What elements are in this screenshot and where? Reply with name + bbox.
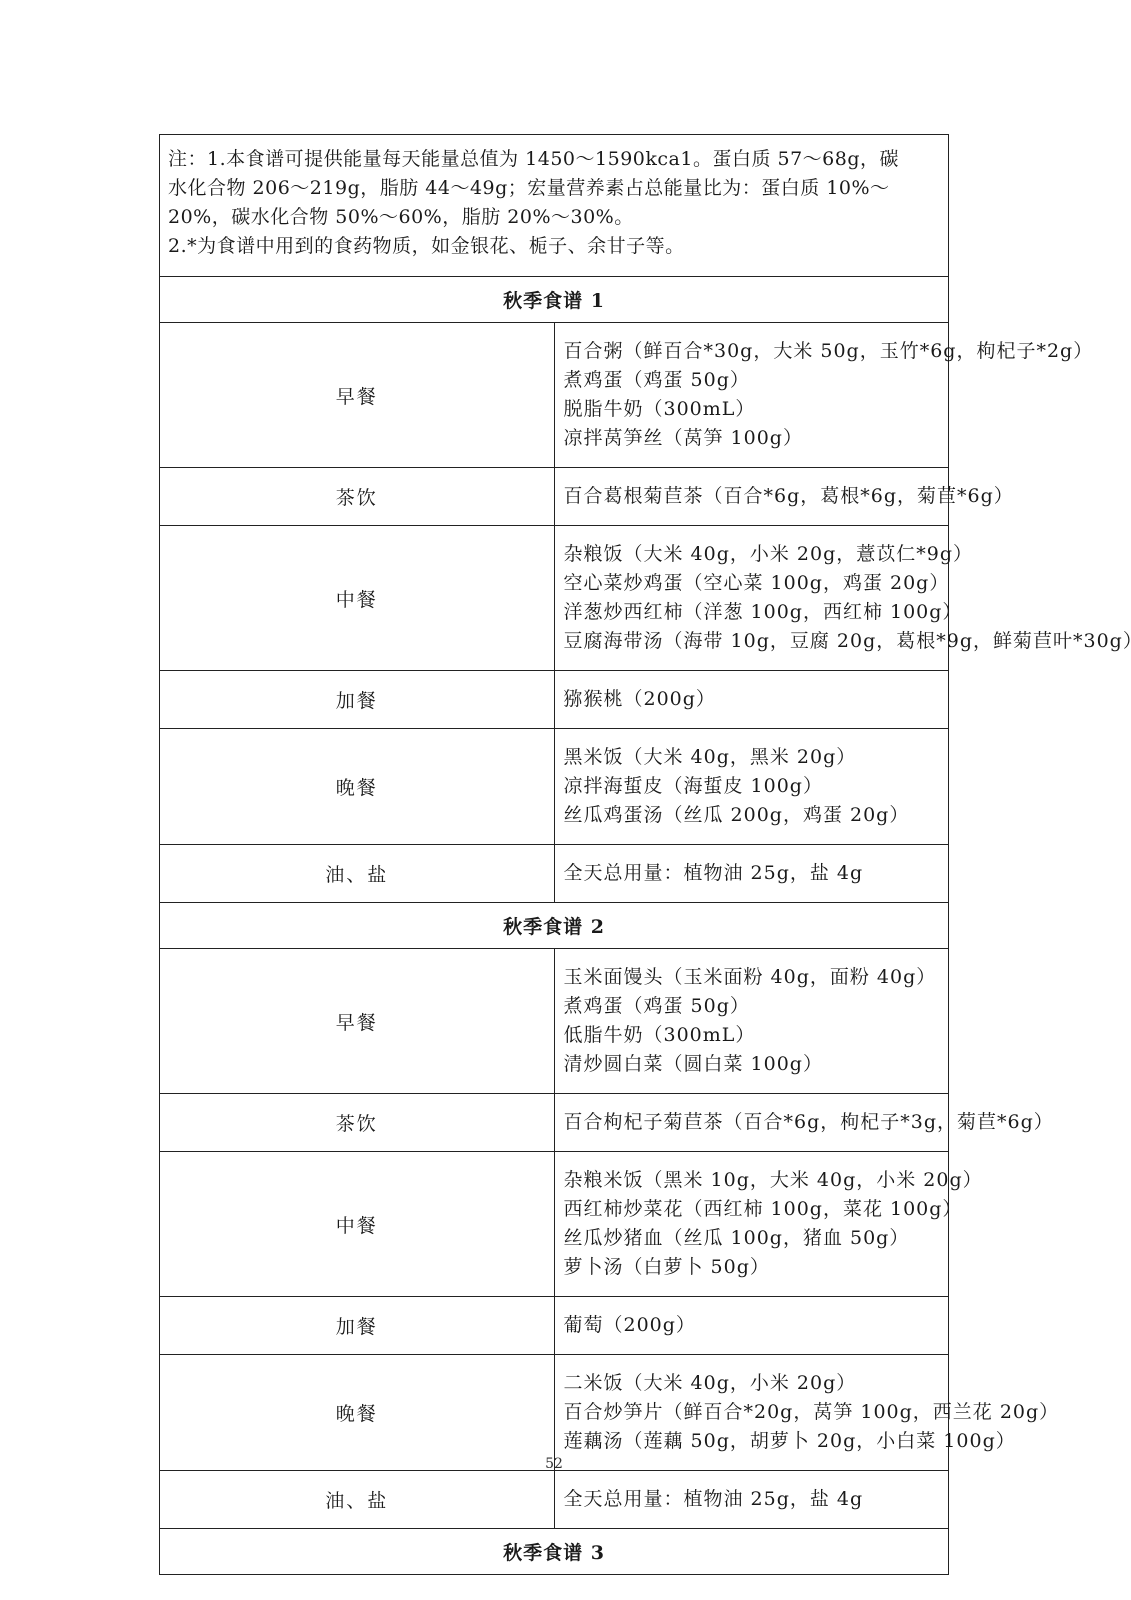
meal-item: 煮鸡蛋（鸡蛋 50g） (564, 992, 941, 1021)
autumn-menu-table: 注：1.本食谱可提供能量每天能量总值为 1450～1590kca1。蛋白质 57… (159, 134, 949, 1575)
meal-label: 早餐 (160, 323, 555, 468)
meal-items: 百合葛根菊苣茶（百合*6g，葛根*6g，菊苣*6g） (554, 468, 949, 526)
meal-item: 全天总用量：植物油 25g，盐 4g (564, 859, 941, 888)
meal-items: 杂粮米饭（黑米 10g，大米 40g，小米 20g） 西红柿炒菜花（西红柿 10… (554, 1152, 949, 1297)
meal-label: 中餐 (160, 1152, 555, 1297)
meal-label: 中餐 (160, 526, 555, 671)
meal-item: 空心菜炒鸡蛋（空心菜 100g，鸡蛋 20g） (564, 569, 941, 598)
meal-items: 百合枸杞子菊苣茶（百合*6g，枸杞子*3g，菊苣*6g） (554, 1094, 949, 1152)
meal-items: 全天总用量：植物油 25g，盐 4g (554, 1471, 949, 1529)
meal-item: 萝卜汤（白萝卜 50g） (564, 1253, 941, 1282)
meal-items: 葡萄（200g） (554, 1297, 949, 1355)
recipe-title: 秋季食谱 2 (160, 903, 949, 949)
note-row: 注：1.本食谱可提供能量每天能量总值为 1450～1590kca1。蛋白质 57… (160, 135, 949, 277)
meal-items: 玉米面馒头（玉米面粉 40g，面粉 40g） 煮鸡蛋（鸡蛋 50g） 低脂牛奶（… (554, 949, 949, 1094)
meal-label: 加餐 (160, 671, 555, 729)
meal-items: 黑米饭（大米 40g，黑米 20g） 凉拌海蜇皮（海蜇皮 100g） 丝瓜鸡蛋汤… (554, 729, 949, 845)
note-line: 2.*为食谱中用到的食药物质，如金银花、栀子、余甘子等。 (168, 232, 942, 261)
meal-label: 油、盐 (160, 1471, 555, 1529)
meal-item: 洋葱炒西红柿（洋葱 100g，西红柿 100g） (564, 598, 941, 627)
meal-label: 加餐 (160, 1297, 555, 1355)
meal-item: 莲藕汤（莲藕 50g，胡萝卜 20g，小白菜 100g） (564, 1427, 941, 1456)
meal-item: 脱脂牛奶（300mL） (564, 395, 941, 424)
note-line: 20%，碳水化合物 50%～60%，脂肪 20%～30%。 (168, 203, 942, 232)
meal-item: 丝瓜炒猪血（丝瓜 100g，猪血 50g） (564, 1224, 941, 1253)
page-number: 52 (0, 1456, 1108, 1472)
meal-item: 凉拌莴笋丝（莴笋 100g） (564, 424, 941, 453)
meal-item: 豆腐海带汤（海带 10g，豆腐 20g，葛根*9g，鲜菊苣叶*30g） (564, 627, 941, 656)
meal-item: 全天总用量：植物油 25g，盐 4g (564, 1485, 941, 1514)
meal-items: 二米饭（大米 40g，小米 20g） 百合炒笋片（鲜百合*20g，莴笋 100g… (554, 1355, 949, 1471)
meal-item: 葡萄（200g） (564, 1311, 941, 1340)
meal-item: 猕猴桃（200g） (564, 685, 941, 714)
meal-row-lunch: 中餐 杂粮饭（大米 40g，小米 20g，薏苡仁*9g） 空心菜炒鸡蛋（空心菜 … (160, 526, 949, 671)
meal-item: 西红柿炒菜花（西红柿 100g，菜花 100g） (564, 1195, 941, 1224)
recipe-title: 秋季食谱 3 (160, 1529, 949, 1575)
meal-item: 清炒圆白菜（圆白菜 100g） (564, 1050, 941, 1079)
meal-row-breakfast: 早餐 百合粥（鲜百合*30g，大米 50g，玉竹*6g，枸杞子*2g） 煮鸡蛋（… (160, 323, 949, 468)
meal-row-lunch: 中餐 杂粮米饭（黑米 10g，大米 40g，小米 20g） 西红柿炒菜花（西红柿… (160, 1152, 949, 1297)
meal-item: 丝瓜鸡蛋汤（丝瓜 200g，鸡蛋 20g） (564, 801, 941, 830)
meal-row-snack: 加餐 猕猴桃（200g） (160, 671, 949, 729)
meal-row-snack: 加餐 葡萄（200g） (160, 1297, 949, 1355)
meal-item: 低脂牛奶（300mL） (564, 1021, 941, 1050)
note-line: 注：1.本食谱可提供能量每天能量总值为 1450～1590kca1。蛋白质 57… (168, 145, 942, 174)
recipe-header-row: 秋季食谱 3 (160, 1529, 949, 1575)
meal-items: 百合粥（鲜百合*30g，大米 50g，玉竹*6g，枸杞子*2g） 煮鸡蛋（鸡蛋 … (554, 323, 949, 468)
meal-item: 百合炒笋片（鲜百合*20g，莴笋 100g，西兰花 20g） (564, 1398, 941, 1427)
meal-row-tea: 茶饮 百合枸杞子菊苣茶（百合*6g，枸杞子*3g，菊苣*6g） (160, 1094, 949, 1152)
meal-row-dinner: 晚餐 二米饭（大米 40g，小米 20g） 百合炒笋片（鲜百合*20g，莴笋 1… (160, 1355, 949, 1471)
meal-label: 晚餐 (160, 1355, 555, 1471)
meal-item: 二米饭（大米 40g，小米 20g） (564, 1369, 941, 1398)
meal-row-tea: 茶饮 百合葛根菊苣茶（百合*6g，葛根*6g，菊苣*6g） (160, 468, 949, 526)
meal-items: 杂粮饭（大米 40g，小米 20g，薏苡仁*9g） 空心菜炒鸡蛋（空心菜 100… (554, 526, 949, 671)
recipe-title: 秋季食谱 1 (160, 277, 949, 323)
note-cell: 注：1.本食谱可提供能量每天能量总值为 1450～1590kca1。蛋白质 57… (160, 135, 949, 277)
meal-item: 百合葛根菊苣茶（百合*6g，葛根*6g，菊苣*6g） (564, 482, 941, 511)
meal-item: 凉拌海蜇皮（海蜇皮 100g） (564, 772, 941, 801)
meal-label: 茶饮 (160, 468, 555, 526)
meal-item: 杂粮饭（大米 40g，小米 20g，薏苡仁*9g） (564, 540, 941, 569)
meal-item: 百合枸杞子菊苣茶（百合*6g，枸杞子*3g，菊苣*6g） (564, 1108, 941, 1137)
meal-items: 全天总用量：植物油 25g，盐 4g (554, 845, 949, 903)
meal-row-dinner: 晚餐 黑米饭（大米 40g，黑米 20g） 凉拌海蜇皮（海蜇皮 100g） 丝瓜… (160, 729, 949, 845)
meal-label: 茶饮 (160, 1094, 555, 1152)
meal-row-oil-salt: 油、盐 全天总用量：植物油 25g，盐 4g (160, 1471, 949, 1529)
meal-label: 晚餐 (160, 729, 555, 845)
meal-row-breakfast: 早餐 玉米面馒头（玉米面粉 40g，面粉 40g） 煮鸡蛋（鸡蛋 50g） 低脂… (160, 949, 949, 1094)
recipe-header-row: 秋季食谱 2 (160, 903, 949, 949)
meal-item: 杂粮米饭（黑米 10g，大米 40g，小米 20g） (564, 1166, 941, 1195)
meal-item: 黑米饭（大米 40g，黑米 20g） (564, 743, 941, 772)
note-line: 水化合物 206～219g，脂肪 44～49g；宏量营养素占总能量比为：蛋白质 … (168, 174, 942, 203)
meal-item: 煮鸡蛋（鸡蛋 50g） (564, 366, 941, 395)
meal-item: 玉米面馒头（玉米面粉 40g，面粉 40g） (564, 963, 941, 992)
meal-row-oil-salt: 油、盐 全天总用量：植物油 25g，盐 4g (160, 845, 949, 903)
meal-label: 油、盐 (160, 845, 555, 903)
recipe-header-row: 秋季食谱 1 (160, 277, 949, 323)
meal-item: 百合粥（鲜百合*30g，大米 50g，玉竹*6g，枸杞子*2g） (564, 337, 941, 366)
meal-items: 猕猴桃（200g） (554, 671, 949, 729)
meal-label: 早餐 (160, 949, 555, 1094)
